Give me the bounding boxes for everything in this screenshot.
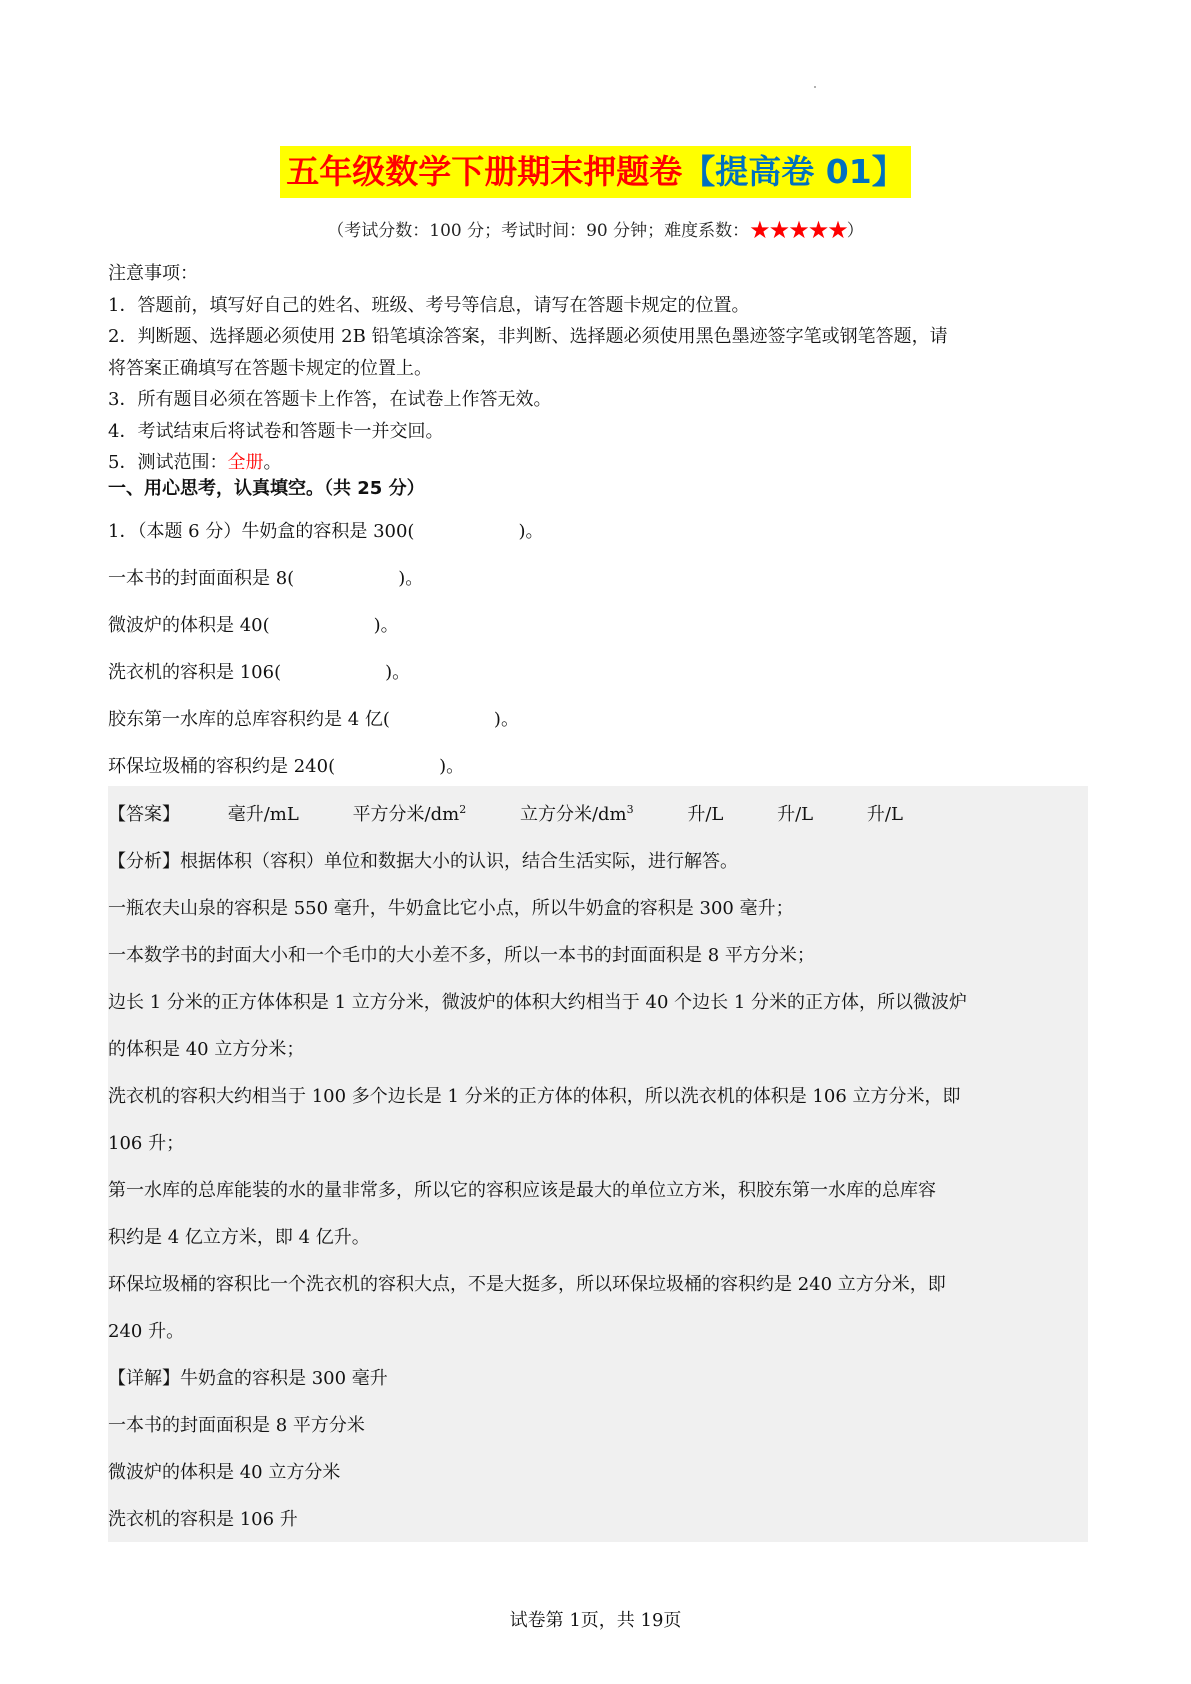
analysis-line: 的体积是 40 立方分米； [108, 1035, 304, 1061]
analysis-intro-text: 根据体积（容积）单位和数据大小的认识，结合生活实际，进行解答。 [180, 851, 738, 872]
page-footer: 试卷第 1页，共 19页 [0, 1606, 1191, 1632]
question-text: 胶东第一水库的总库容积约是 4 亿( [108, 709, 390, 730]
answer-unit: 毫升/mL [228, 800, 299, 826]
page-title: 五年级数学下册期末押题卷【提高卷 01】 [280, 146, 910, 198]
answer-unit: 立方分米/dm3 [520, 800, 634, 826]
title-main: 五年级数学下册期末押题卷 [286, 152, 682, 191]
analysis-line: 106 升； [108, 1129, 184, 1155]
detail-line: 洗衣机的容积是 106 升 [108, 1505, 298, 1531]
answer-line: 【答案】 毫升/mL 平方分米/dm2 立方分米/dm3 升/L 升/L 升/L [108, 800, 903, 826]
detail-text: 牛奶盒的容积是 300 毫升 [180, 1368, 388, 1389]
question-end: )。 [494, 709, 519, 730]
question-line: 环保垃圾桶的容积约是 240()。 [108, 752, 464, 778]
note-item: 1．答题前，填写好自己的姓名、班级、考号等信息，请写在答题卡规定的位置。 [108, 290, 1088, 322]
meta-prefix: （考试分数：100 分；考试时间：90 分钟；难度系数： [327, 221, 749, 241]
difficulty-stars-icon: ★★★★★ [749, 216, 847, 244]
question-text: 微波炉的体积是 40( [108, 615, 270, 636]
analysis-line: 第一水库的总库能装的水的量非常多，所以它的容积应该是最大的单位立方米，积胶东第一… [108, 1176, 936, 1202]
section-heading: 一、用心思考，认真填空。（共 25 分） [108, 474, 425, 500]
decorative-dot [814, 86, 816, 88]
analysis-line: 环保垃圾桶的容积比一个洗衣机的容积大点，不是大挺多，所以环保垃圾桶的容积约是 2… [108, 1270, 946, 1296]
analysis-line: 边长 1 分米的正方体体积是 1 立方分米，微波炉的体积大约相当于 40 个边长… [108, 988, 967, 1014]
notes-section: 注意事项： 1．答题前，填写好自己的姓名、班级、考号等信息，请写在答题卡规定的位… [108, 258, 1088, 479]
answer-label: 【答案】 [108, 800, 180, 826]
question-text: 1．（本题 6 分）牛奶盒的容积是 300( [108, 521, 414, 542]
scope-value: 全册 [227, 452, 263, 473]
detail-first: 【详解】牛奶盒的容积是 300 毫升 [108, 1364, 388, 1390]
question-end: )。 [374, 615, 399, 636]
detail-line: 一本书的封面面积是 8 平方分米 [108, 1411, 365, 1437]
title-bracket: 【提高卷 01】 [682, 152, 904, 191]
analysis-line: 240 升。 [108, 1317, 184, 1343]
question-line: 微波炉的体积是 40()。 [108, 611, 399, 637]
scope-label: 5．测试范围： [108, 452, 227, 473]
analysis-line: 洗衣机的容积大约相当于 100 多个边长是 1 分米的正方体的体积，所以洗衣机的… [108, 1082, 961, 1108]
answer-unit: 升/L [777, 800, 813, 826]
note-item: 将答案正确填写在答题卡规定的位置上。 [108, 353, 1088, 385]
note-item: 4．考试结束后将试卷和答题卡一并交回。 [108, 416, 1088, 448]
question-text: 洗衣机的容积是 106( [108, 662, 281, 683]
question-text: 环保垃圾桶的容积约是 240( [108, 756, 335, 777]
answer-unit: 升/L [687, 800, 723, 826]
analysis-intro: 【分析】根据体积（容积）单位和数据大小的认识，结合生活实际，进行解答。 [108, 847, 738, 873]
meta-suffix: ） [847, 221, 864, 241]
note-item: 3．所有题目必须在答题卡上作答，在试卷上作答无效。 [108, 384, 1088, 416]
question-end: )。 [518, 521, 543, 542]
analysis-line: 一本数学书的封面大小和一个毛巾的大小差不多，所以一本书的封面面积是 8 平方分米… [108, 941, 815, 967]
question-text: 一本书的封面面积是 8( [108, 568, 294, 589]
analysis-line: 一瓶农夫山泉的容积是 550 毫升，牛奶盒比它小点，所以牛奶盒的容积是 300 … [108, 894, 794, 920]
question-end: )。 [398, 568, 423, 589]
detail-label: 【详解】 [108, 1368, 180, 1389]
question-line: 1．（本题 6 分）牛奶盒的容积是 300()。 [108, 517, 543, 543]
analysis-line: 积约是 4 亿立方米，即 4 亿升。 [108, 1223, 370, 1249]
note-item: 2．判断题、选择题必须使用 2B 铅笔填涂答案，非判断、选择题必须使用黑色墨迹签… [108, 321, 1088, 353]
answer-unit: 平方分米/dm2 [353, 800, 467, 826]
notes-heading: 注意事项： [108, 258, 1088, 290]
question-line: 胶东第一水库的总库容积约是 4 亿()。 [108, 705, 519, 731]
question-end: )。 [385, 662, 410, 683]
question-line: 洗衣机的容积是 106()。 [108, 658, 410, 684]
scope-end: 。 [263, 452, 281, 473]
detail-line: 微波炉的体积是 40 立方分米 [108, 1458, 340, 1484]
answer-unit: 升/L [867, 800, 903, 826]
page-title-wrap: 五年级数学下册期末押题卷【提高卷 01】 [0, 146, 1191, 198]
question-line: 一本书的封面面积是 8()。 [108, 564, 423, 590]
analysis-label: 【分析】 [108, 851, 180, 872]
exam-meta: （考试分数：100 分；考试时间：90 分钟；难度系数：★★★★★） [0, 216, 1191, 244]
question-end: )。 [439, 756, 464, 777]
